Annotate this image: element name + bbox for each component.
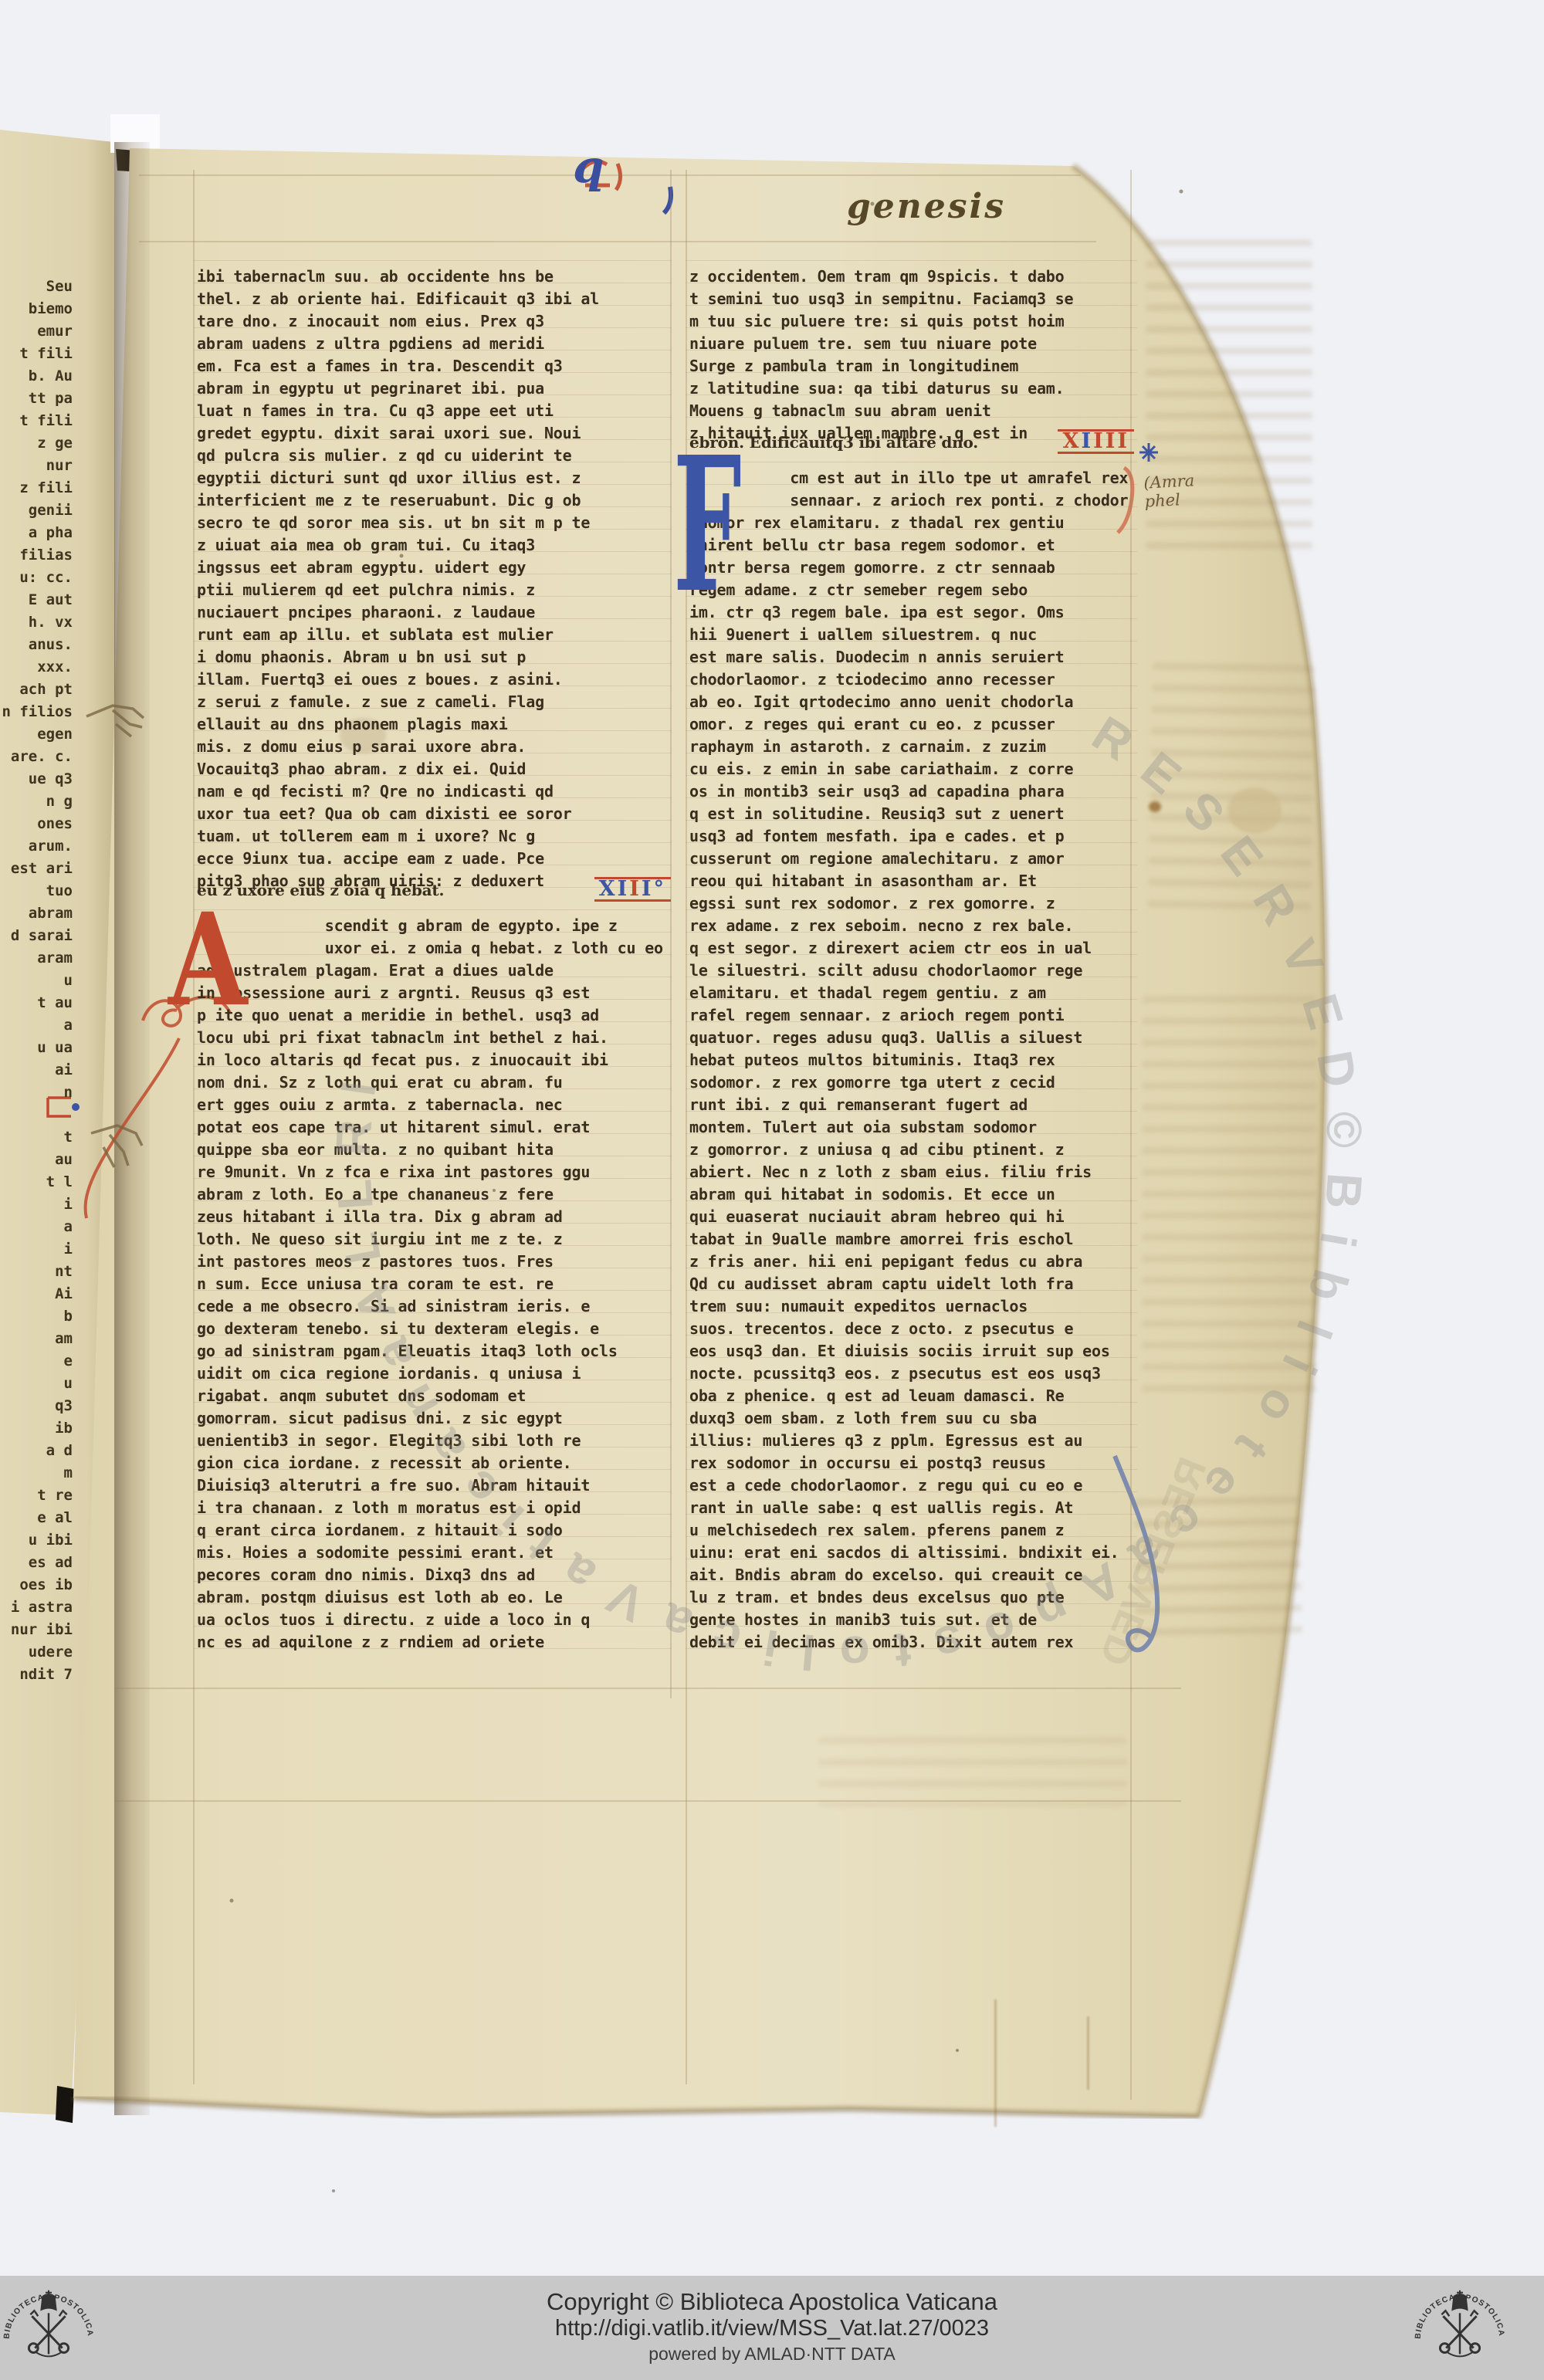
ruling-horizontal-1 xyxy=(139,174,1081,176)
numeral-letter: I xyxy=(1117,429,1129,453)
ruling-horizontal-3 xyxy=(116,1688,1181,1689)
column-left-chapter-line: eu z uxore eius z oia q hebat. XIII° xyxy=(197,877,671,902)
column-left-text-b: scendit g abram de egypto. ipe z uxor ei… xyxy=(197,915,671,1654)
margin-note-line: (Amra xyxy=(1143,471,1195,492)
numeral-suffix: ° xyxy=(654,877,667,901)
numeral-letter: X xyxy=(599,877,618,901)
red-initial-a: A xyxy=(168,902,247,1017)
footer-url: http://digi.vatlib.it/view/MSS_Vat.lat.2… xyxy=(0,2316,1544,2341)
running-title-genesis: genesis xyxy=(787,187,1065,226)
numeral-letter: I xyxy=(618,877,630,901)
show-through-text xyxy=(1146,239,1312,564)
sliver-blue-dot xyxy=(72,1103,80,1111)
vatican-library-logo-left: BIBLIOTECA APOSTOLICA VATICANA xyxy=(2,2280,96,2376)
footer-copyright: Copyright © Biblioteca Apostolica Vatica… xyxy=(0,2288,1544,2316)
ruling-horizontal-2 xyxy=(139,241,1096,242)
stain-streak xyxy=(1087,2016,1089,2090)
binding-wedge-bottom xyxy=(56,2086,74,2123)
column-right-text-a: z occidentem. Oem tram qm 9spicis. t dab… xyxy=(689,266,1134,445)
footer-bar: Copyright © Biblioteca Apostolica Vatica… xyxy=(0,2276,1544,2380)
quire-letter: q xyxy=(573,140,604,193)
show-through-text xyxy=(818,1737,1127,1806)
column-right-chapter-line: ebron. Edificauitq3 ibi altare dno. XIII… xyxy=(689,429,1134,454)
numeral-letter: I xyxy=(642,877,654,901)
stain-streak xyxy=(994,1999,997,2127)
chapter-numeral-xiiii: XIIII xyxy=(1058,429,1134,454)
numeral-letter: I xyxy=(629,877,642,901)
numeral-letter: X xyxy=(1062,429,1081,453)
show-through-text xyxy=(1143,996,1316,1397)
vatican-library-logo-right: BIBLIOTECA APOSTOLICA VATICANA xyxy=(1413,2280,1507,2376)
column-right-text-b: cm est aut in illo tpe ut amrafel rex se… xyxy=(689,467,1134,1654)
column-left-text-a: ibi tabernaclm suu. ab occidente hns be … xyxy=(197,266,671,892)
show-through-text xyxy=(1148,662,1315,920)
parchment-stain xyxy=(1227,787,1282,834)
manuscript-photo: RESERVED Seu biemo emur t fili b. Au tt … xyxy=(0,0,1544,2276)
margin-note-amraphel: (Amra phel xyxy=(1143,471,1196,510)
ruling-vertical-1 xyxy=(193,170,195,2084)
numeral-letter: I xyxy=(1093,429,1106,453)
ink-stain xyxy=(1149,801,1161,812)
quire-mark: q xyxy=(573,144,604,190)
footer-powered-by: powered by AMLAD·NTT DATA xyxy=(0,2344,1544,2365)
chapter-numeral-xiii: XIII° xyxy=(594,877,671,902)
numeral-letter: I xyxy=(1081,429,1093,453)
facing-page-text-fragments: Seu biemo emur t fili b. Au tt pa t fili… xyxy=(0,276,73,1686)
numeral-letter: I xyxy=(1106,429,1118,453)
margin-note-line: phel xyxy=(1144,489,1196,510)
blue-initial-f: F xyxy=(673,446,742,604)
